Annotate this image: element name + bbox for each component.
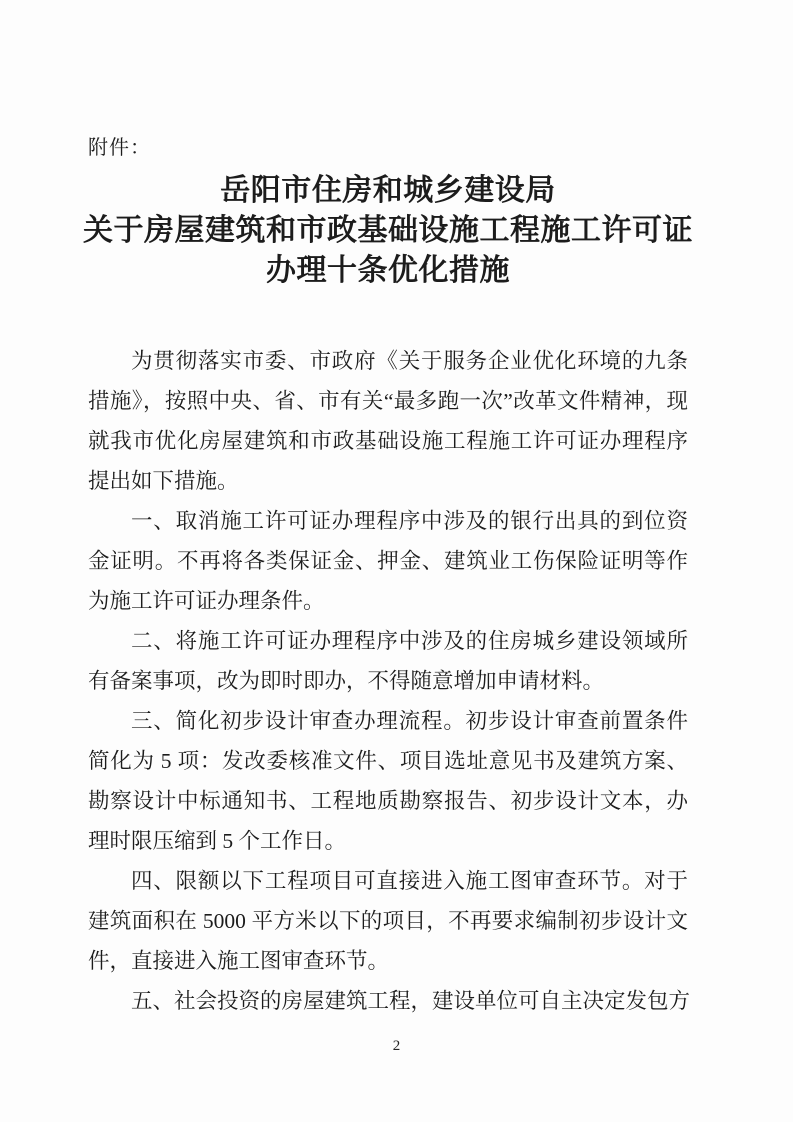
paragraph-measure-5: 五、社会投资的房屋建筑工程，建设单位可自主决定发包方 xyxy=(88,981,688,1021)
paragraph-intro: 为贯彻落实市委、市政府《关于服务企业优化环境的九条措施》，按照中央、省、市有关“… xyxy=(88,341,688,501)
paragraph-measure-3: 三、简化初步设计审查办理流程。初步设计审查前置条件简化为 5 项：发改委核准文件… xyxy=(88,701,688,861)
document-page: 附件： 岳阳市住房和城乡建设局 关于房屋建筑和市政基础设施工程施工许可证 办理十… xyxy=(0,0,793,1122)
attachment-label: 附件： xyxy=(88,137,688,159)
paragraph-measure-1: 一、取消施工许可证办理程序中涉及的银行出具的到位资金证明。不再将各类保证金、押金… xyxy=(88,501,688,621)
paragraph-measure-4: 四、限额以下工程项目可直接进入施工图审查环节。对于建筑面积在 5000 平方米以… xyxy=(88,861,688,981)
document-title: 岳阳市住房和城乡建设局 关于房屋建筑和市政基础设施工程施工许可证 办理十条优化措… xyxy=(76,171,700,291)
page-number: 2 xyxy=(0,1036,793,1056)
title-line-1: 岳阳市住房和城乡建设局 xyxy=(76,171,700,211)
paragraph-measure-2: 二、将施工许可证办理程序中涉及的住房城乡建设领域所有备案事项，改为即时即办，不得… xyxy=(88,621,688,701)
title-line-2: 关于房屋建筑和市政基础设施工程施工许可证 xyxy=(76,211,700,251)
document-body: 为贯彻落实市委、市政府《关于服务企业优化环境的九条措施》，按照中央、省、市有关“… xyxy=(88,341,688,1021)
title-line-3: 办理十条优化措施 xyxy=(76,251,700,291)
